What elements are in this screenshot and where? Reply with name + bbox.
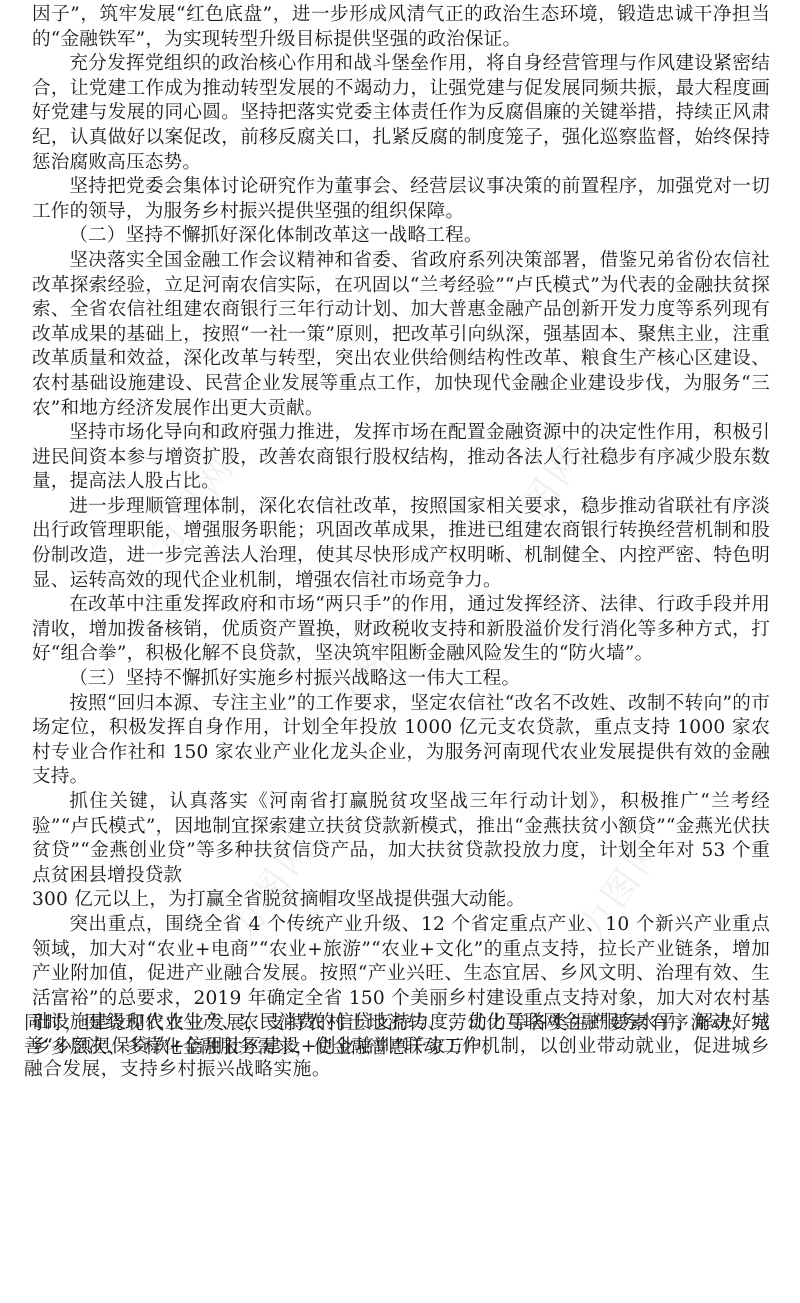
section-heading: （二）坚持不懈抓好深化体制改革这一战略工程。 (32, 224, 770, 249)
paragraph: 坚持把党委会集体讨论研究作为董事会、经营层议事决策的前置程序，加强党对一切工作的… (32, 175, 770, 224)
paragraph: 坚决落实全国金融工作会议精神和省委、省政府系列决策部署，借鉴兄弟省份农信社改革探… (32, 249, 770, 421)
paragraph: 坚持市场化导向和政府强力推进，发挥市场在配置金融资源中的决定性作用，积极引进民间… (32, 421, 770, 495)
paragraph: 按照“回归本源、专注主业”的工作要求，坚定农信社“改名不改姓、改制不转向”的市场… (32, 692, 770, 790)
paragraph: 充分发挥党组织的政治核心作用和战斗堡垒作用，将自身经营管理与作风建设紧密结合，让… (32, 52, 770, 175)
document-page: 力图网 力图网 力图网 力图网 力图网 因子”，筑牢发展“红色底盘”，进一步形成… (0, 0, 800, 1303)
paragraph: 进一步理顺管理体制，深化农信社改革，按照国家相关要求，稳步推动省联社有序淡出行政… (32, 495, 770, 593)
document-tail: 同时，围绕现代农业发展，支持农村土地流转、劳动力等各类生产要素有序流动，完善“小… (24, 1012, 770, 1082)
paragraph-continuation: 300 亿元以上，为打赢全省脱贫摘帽攻坚战提供强大动能。 (32, 888, 770, 913)
paragraph-continuation: 因子”，筑牢发展“红色底盘”，进一步形成风清气正的政治生态环境，锻造忠诚干净担当… (32, 3, 770, 52)
paragraph: 在改革中注重发挥政府和市场“两只手”的作用，通过发挥经济、法律、行政手段并用清收… (32, 593, 770, 667)
paragraph: 抓住关键，认真落实《河南省打赢脱贫攻坚战三年行动计划》，积极推广“兰考经验”“卢… (32, 790, 770, 888)
section-heading: （三）坚持不懈抓好实施乡村振兴战略这一伟大工程。 (32, 667, 770, 692)
paragraph-tail: 同时，围绕现代农业发展，支持农村土地流转、劳动力等各类生产要素有序流动，完善“小… (24, 1012, 770, 1082)
document-body: 因子”，筑牢发展“红色底盘”，进一步形成风清气正的政治生态环境，锻造忠诚干净担当… (32, 3, 770, 1061)
